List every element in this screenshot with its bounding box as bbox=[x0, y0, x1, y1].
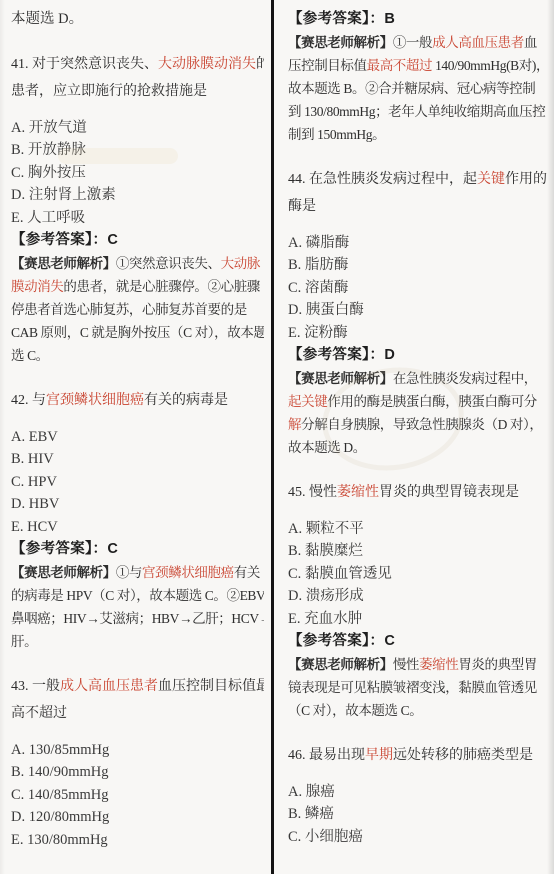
text-run: 【赛思老师解析】 bbox=[288, 657, 393, 672]
text-line: 41. 对于突然意识丧失、大动脉膜动消失的 bbox=[11, 51, 264, 78]
highlighted-text: 成人高血压患者 bbox=[432, 35, 524, 50]
highlighted-text: 膜动消失 bbox=[11, 279, 63, 294]
text-line: 膜动消失的患者，就是心脏骤停。②心脏骤 bbox=[11, 275, 264, 298]
question-41: 41. 对于突然意识丧失、大动脉膜动消失的患者，应立即施行的抢救措施是 bbox=[11, 51, 264, 105]
option-item: A. 颗粒不平 bbox=[288, 518, 547, 540]
highlighted-text: 大动脉膜动消失 bbox=[158, 57, 256, 72]
text-run: 46. 最易出现 bbox=[288, 748, 365, 763]
highlighted-text: 萎缩性 bbox=[419, 657, 458, 672]
option-item: C. 溶菌酶 bbox=[288, 277, 547, 299]
answer-41: 【参考答案】：C bbox=[11, 229, 264, 252]
option-item: B. HIV bbox=[11, 448, 264, 470]
text-run: 140/90mmHg(B对)， bbox=[432, 58, 547, 73]
analysis-44: 【赛思老师解析】在急性胰炎发病过程中，起关键作用的酶是胰蛋白酶，胰蛋白酶可分解分… bbox=[288, 367, 547, 459]
text-run: 鼻咽癌；HIV→艾滋病；HBV→乙肝；HCV→丙 bbox=[11, 611, 264, 626]
option-item: A. 腺癌 bbox=[288, 781, 547, 803]
option-item: A. 磷脂酶 bbox=[288, 232, 547, 254]
text-line: 患者，应立即施行的抢救措施是 bbox=[11, 78, 264, 105]
text-run: 酶是 bbox=[288, 199, 316, 214]
text-run: 胃炎的典型胃 bbox=[458, 657, 537, 672]
highlighted-text: 起 bbox=[288, 394, 301, 409]
highlighted-text: 宫颈鳞状细胞癌 bbox=[142, 565, 234, 580]
text-line: 酶是 bbox=[288, 193, 547, 220]
question-45: 45. 慢性萎缩性胃炎的典型胃镜表现是 bbox=[288, 479, 547, 506]
highlighted-text: 最高不超过 bbox=[367, 58, 433, 73]
options-44: A. 磷脂酶B. 脂肪酶C. 溶菌酶D. 胰蛋白酶E. 淀粉酶 bbox=[288, 232, 547, 344]
text-line: 高不超过 bbox=[11, 700, 264, 727]
column-right: 【参考答案】：B【赛思老师解析】①一般成人高血压患者血压控制目标值最高不超过 1… bbox=[274, 0, 554, 848]
exam-document-page: 本题选 D。41. 对于突然意识丧失、大动脉膜动消失的患者，应立即施行的抢救措施… bbox=[0, 0, 554, 874]
highlighted-text: 关键 bbox=[301, 394, 327, 409]
text-line: 解分解自身胰腺，导致急性胰腺炎（D 对）， bbox=[288, 413, 547, 436]
analysis-45: 【赛思老师解析】慢性萎缩性胃炎的典型胃镜表现是可见粘膜皱褶变浅，黏膜血管透见（C… bbox=[288, 653, 547, 722]
option-item: B. 开放静脉 bbox=[11, 139, 264, 161]
text-run: 血压控制目标值最 bbox=[158, 679, 264, 694]
text-run: 的患者，就是心脏骤停。②心脏骤 bbox=[63, 279, 260, 294]
option-item: D. HBV bbox=[11, 493, 264, 515]
text-line: 故本题选 B。②合并糖尿病、冠心病等控制 bbox=[288, 77, 547, 100]
text-line: 选 C。 bbox=[11, 344, 264, 367]
text-run: 患者，应立即施行的抢救措施是 bbox=[11, 84, 207, 99]
text-line: 【赛思老师解析】在急性胰炎发病过程中， bbox=[288, 367, 547, 390]
text-line: 43. 一般成人高血压患者血压控制目标值最 bbox=[11, 673, 264, 700]
option-item: E. 130/80mmHg bbox=[11, 829, 264, 851]
text-line: 【赛思老师解析】慢性萎缩性胃炎的典型胃 bbox=[288, 653, 547, 676]
option-item: C. 140/85mmHg bbox=[11, 784, 264, 806]
text-line: 【赛思老师解析】①突然意识丧失、大动脉 bbox=[11, 252, 264, 275]
text-run: 41. 对于突然意识丧失、 bbox=[11, 57, 158, 72]
text-run: 42. 与 bbox=[11, 393, 46, 408]
text-line: 压控制目标值最高不超过 140/90mmHg(B对)， bbox=[288, 54, 547, 77]
option-item: C. 黏膜血管透见 bbox=[288, 563, 547, 585]
option-item: E. HCV bbox=[11, 516, 264, 538]
question-42: 42. 与宫颈鳞状细胞癌有关的病毒是 bbox=[11, 387, 264, 414]
text-run: 压控制目标值 bbox=[288, 58, 367, 73]
analysis-42: 【赛思老师解析】①与宫颈鳞状细胞癌有关的病毒是 HPV（C 对），故本题选 C。… bbox=[11, 561, 264, 653]
text-run: 慢性 bbox=[393, 657, 419, 672]
option-item: C. 胸外按压 bbox=[11, 162, 264, 184]
answer-43: 【参考答案】：B bbox=[288, 8, 547, 31]
text-line: （C 对），故本题选 C。 bbox=[288, 699, 547, 722]
text-line: 45. 慢性萎缩性胃炎的典型胃镜表现是 bbox=[288, 479, 547, 506]
text-run: ①突然意识丧失、 bbox=[116, 256, 221, 271]
text-line: 故本题选 D。 bbox=[288, 436, 547, 459]
options-42: A. EBVB. HIVC. HPVD. HBVE. HCV bbox=[11, 426, 264, 538]
text-run: 故本题选 D。 bbox=[288, 440, 366, 455]
column-left: 本题选 D。41. 对于突然意识丧失、大动脉膜动消失的患者，应立即施行的抢救措施… bbox=[0, 0, 271, 851]
option-item: B. 黏膜糜烂 bbox=[288, 540, 547, 562]
option-item: E. 淀粉酶 bbox=[288, 322, 547, 344]
highlighted-text: 萎缩性 bbox=[337, 485, 379, 500]
text-line: 【赛思老师解析】①与宫颈鳞状细胞癌有关 bbox=[11, 561, 264, 584]
text-line: 镜表现是可见粘膜皱褶变浅，黏膜血管透见 bbox=[288, 676, 547, 699]
option-item: D. 溃疡形成 bbox=[288, 585, 547, 607]
text-run: 43. 一般 bbox=[11, 679, 60, 694]
highlighted-text: 宫颈鳞状细胞癌 bbox=[46, 393, 144, 408]
text-run: 作用的 bbox=[505, 172, 547, 187]
text-line: 【赛思老师解析】①一般成人高血压患者血 bbox=[288, 31, 547, 54]
text-run: 胃炎的典型胃镜表现是 bbox=[379, 485, 519, 500]
text-run: 镜表现是可见粘膜皱褶变浅，黏膜血管透见 bbox=[288, 680, 537, 695]
text-run: 【赛思老师解析】 bbox=[288, 35, 393, 50]
text-run: 45. 慢性 bbox=[288, 485, 337, 500]
highlighted-text: 成人高血压患者 bbox=[60, 679, 158, 694]
question-44: 44. 在急性胰炎发病过程中，起关键作用的酶是 bbox=[288, 166, 547, 220]
text-run: 【赛思老师解析】 bbox=[11, 256, 116, 271]
option-item: D. 120/80mmHg bbox=[11, 806, 264, 828]
text-run: 选 C。 bbox=[11, 348, 49, 363]
text-run: 远处转移的肺癌类型是 bbox=[393, 748, 533, 763]
option-item: B. 140/90mmHg bbox=[11, 761, 264, 783]
text-run: 停患者首选心肺复苏，心肺复苏首要的是 bbox=[11, 302, 247, 317]
text-line: 46. 最易出现早期远处转移的肺癌类型是 bbox=[288, 742, 547, 769]
text-run: 分解自身胰腺，导致急性胰腺炎（D 对）， bbox=[301, 417, 542, 432]
text-line: 的病毒是 HPV（C 对），故本题选 C。②EBV→ bbox=[11, 584, 264, 607]
option-item: B. 脂肪酶 bbox=[288, 254, 547, 276]
text-run: 【赛思老师解析】 bbox=[288, 371, 393, 386]
text-line: 制到 150mmHg。 bbox=[288, 123, 547, 146]
text-run: 【赛思老师解析】 bbox=[11, 565, 116, 580]
text-line: 到 130/80mmHg；老年人单纯收缩期高血压控 bbox=[288, 100, 547, 123]
question-43: 43. 一般成人高血压患者血压控制目标值最高不超过 bbox=[11, 673, 264, 727]
answer-44: 【参考答案】：D bbox=[288, 344, 547, 367]
text-line: 鼻咽癌；HIV→艾滋病；HBV→乙肝；HCV→丙 bbox=[11, 607, 264, 630]
text-run: 的病毒是 HPV（C 对），故本题选 C。②EBV→ bbox=[11, 588, 264, 603]
option-item: D. 胰蛋白酶 bbox=[288, 299, 547, 321]
text-run: 44. 在急性胰炎发病过程中，起 bbox=[288, 172, 477, 187]
highlighted-text: 早期 bbox=[365, 748, 393, 763]
text-line: 本题选 D。 bbox=[11, 8, 264, 31]
option-item: C. 小细胞癌 bbox=[288, 826, 547, 848]
text-run: 有关的病毒是 bbox=[144, 393, 228, 408]
options-41: A. 开放气道B. 开放静脉C. 胸外按压D. 注射肾上激素E. 人工呼吸 bbox=[11, 117, 264, 229]
text-run: 制到 150mmHg。 bbox=[288, 127, 385, 142]
option-item: E. 充血水肿 bbox=[288, 608, 547, 630]
text-run: ①与 bbox=[116, 565, 142, 580]
text-line: 肝。 bbox=[11, 630, 264, 653]
text-run: 在急性胰炎发病过程中， bbox=[393, 371, 537, 386]
text-run: 有关 bbox=[234, 565, 260, 580]
option-item: A. 开放气道 bbox=[11, 117, 264, 139]
text-run: 本题选 D。 bbox=[11, 11, 83, 27]
highlighted-text: 解 bbox=[288, 417, 301, 432]
analysis-43: 【赛思老师解析】①一般成人高血压患者血压控制目标值最高不超过 140/90mmH… bbox=[288, 31, 547, 146]
prev-answer-tail: 本题选 D。 bbox=[11, 8, 264, 31]
highlighted-text: 大动脉 bbox=[221, 256, 260, 271]
text-run: 故本题选 B。②合并糖尿病、冠心病等控制 bbox=[288, 81, 535, 96]
text-run: （C 对），故本题选 C。 bbox=[288, 703, 422, 718]
question-46: 46. 最易出现早期远处转移的肺癌类型是 bbox=[288, 742, 547, 769]
option-item: B. 鳞癌 bbox=[288, 803, 547, 825]
analysis-41: 【赛思老师解析】①突然意识丧失、大动脉膜动消失的患者，就是心脏骤停。②心脏骤停患… bbox=[11, 252, 264, 367]
text-line: 停患者首选心肺复苏，心肺复苏首要的是 bbox=[11, 298, 264, 321]
text-run: 高不超过 bbox=[11, 706, 67, 721]
answer-45: 【参考答案】：C bbox=[288, 630, 547, 653]
text-run: 到 130/80mmHg；老年人单纯收缩期高血压控 bbox=[288, 104, 545, 119]
text-run: 的 bbox=[256, 57, 264, 72]
text-run: 作用的酶是胰蛋白酶，胰蛋白酶可分 bbox=[327, 394, 537, 409]
answer-42: 【参考答案】：C bbox=[11, 538, 264, 561]
options-46: A. 腺癌B. 鳞癌C. 小细胞癌 bbox=[288, 781, 547, 848]
text-line: 44. 在急性胰炎发病过程中，起关键作用的 bbox=[288, 166, 547, 193]
text-run: ①一般 bbox=[393, 35, 432, 50]
option-item: C. HPV bbox=[11, 471, 264, 493]
option-item: E. 人工呼吸 bbox=[11, 207, 264, 229]
text-run: 肝。 bbox=[11, 634, 37, 649]
text-line: CAB 原则，C 就是胸外按压（C 对），故本题 bbox=[11, 321, 264, 344]
text-run: 血 bbox=[524, 35, 537, 50]
text-run: CAB 原则，C 就是胸外按压（C 对），故本题 bbox=[11, 325, 264, 340]
options-45: A. 颗粒不平B. 黏膜糜烂C. 黏膜血管透见D. 溃疡形成E. 充血水肿 bbox=[288, 518, 547, 630]
options-43: A. 130/85mmHgB. 140/90mmHgC. 140/85mmHgD… bbox=[11, 739, 264, 851]
text-line: 起关键作用的酶是胰蛋白酶，胰蛋白酶可分 bbox=[288, 390, 547, 413]
text-line: 42. 与宫颈鳞状细胞癌有关的病毒是 bbox=[11, 387, 264, 414]
highlighted-text: 关键 bbox=[477, 172, 505, 187]
option-item: A. 130/85mmHg bbox=[11, 739, 264, 761]
option-item: D. 注射肾上激素 bbox=[11, 184, 264, 206]
option-item: A. EBV bbox=[11, 426, 264, 448]
